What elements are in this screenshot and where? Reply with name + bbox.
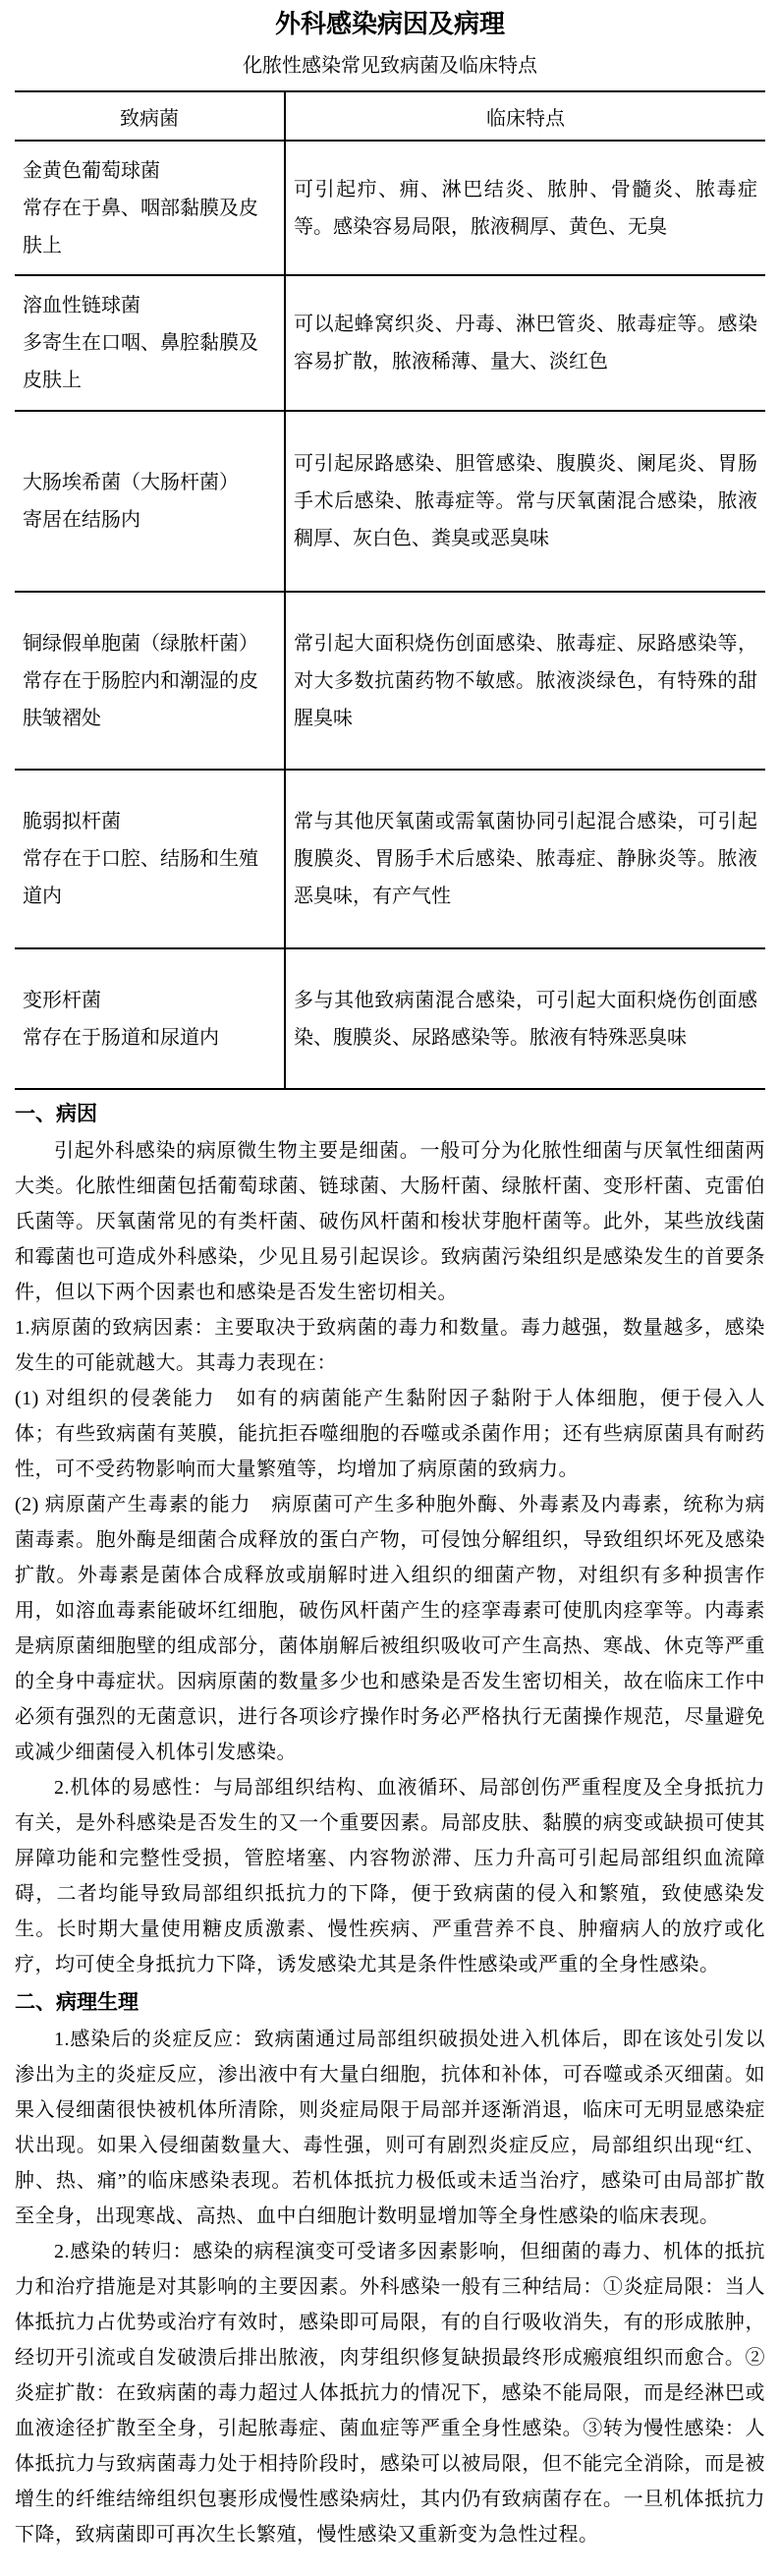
clinical-features-cell: 可引起尿路感染、胆管感染、腹膜炎、阑尾炎、胃肠手术后感染、脓毒症等。常与厌氧菌混… <box>285 411 765 592</box>
pathogen-habitat: 常存在于肠腔内和潮湿的皮肤皱褶处 <box>23 662 276 737</box>
paragraph: 1.感染后的炎症反应：致病菌通过局部组织破损处进入机体后，即在该处引发以渗出为主… <box>15 2022 765 2234</box>
document-page: 外科感染病因及病理 化脓性感染常见致病菌及临床特点 致病菌 临床特点 金黄色葡萄… <box>0 0 779 2576</box>
pathogen-cell: 溶血性链球菌 多寄生在口咽、鼻腔黏膜及皮肤上 <box>15 275 285 411</box>
clinical-features-cell: 可引起疖、痈、淋巴结炎、脓肿、骨髓炎、脓毒症等。感染容易局限，脓液稠厚、黄色、无… <box>285 141 765 275</box>
clinical-features-cell: 可以起蜂窝织炎、丹毒、淋巴管炎、脓毒症等。感染容易扩散，脓液稀薄、量大、淡红色 <box>285 275 765 411</box>
pathogen-cell: 大肠埃希菌（大肠杆菌） 寄居在结肠内 <box>15 411 285 592</box>
table-caption: 化脓性感染常见致病菌及临床特点 <box>15 53 765 79</box>
pathogen-habitat: 多寄生在口咽、鼻腔黏膜及皮肤上 <box>23 324 276 399</box>
paragraph: 2.机体的易感性：与局部组织结构、血液循环、局部创伤严重程度及全身抵抗力有关，是… <box>15 1770 765 1982</box>
pathogen-name: 铜绿假单胞菌（绿脓杆菌） <box>23 625 276 662</box>
column-header-features: 临床特点 <box>285 91 765 141</box>
clinical-features-cell: 常引起大面积烧伤创面感染、脓毒症、尿路感染等，对大多数抗菌药物不敏感。脓液淡绿色… <box>285 592 765 770</box>
pathogen-name: 大肠埃希菌（大肠杆菌） <box>23 464 276 501</box>
table-row: 金黄色葡萄球菌 常存在于鼻、咽部黏膜及皮肤上 可引起疖、痈、淋巴结炎、脓肿、骨髓… <box>15 141 765 275</box>
pathogen-cell: 金黄色葡萄球菌 常存在于鼻、咽部黏膜及皮肤上 <box>15 141 285 275</box>
pathogen-cell: 铜绿假单胞菌（绿脓杆菌） 常存在于肠腔内和潮湿的皮肤皱褶处 <box>15 592 285 770</box>
clinical-features-cell: 多与其他致病菌混合感染，可引起大面积烧伤创面感染、腹膜炎、尿路感染等。脓液有特殊… <box>285 948 765 1089</box>
pathogen-cell: 变形杆菌 常存在于肠道和尿道内 <box>15 948 285 1089</box>
table-row: 溶血性链球菌 多寄生在口咽、鼻腔黏膜及皮肤上 可以起蜂窝织炎、丹毒、淋巴管炎、脓… <box>15 275 765 411</box>
table-row: 铜绿假单胞菌（绿脓杆菌） 常存在于肠腔内和潮湿的皮肤皱褶处 常引起大面积烧伤创面… <box>15 592 765 770</box>
body-text: 一、病因 引起外科感染的病原微生物主要是细菌。一般可分为化脓性细菌与厌氧性细菌两… <box>15 1094 765 2552</box>
paragraph: 引起外科感染的病原微生物主要是细菌。一般可分为化脓性细菌与厌氧性细菌两大类。化脓… <box>15 1133 765 1310</box>
table-row: 大肠埃希菌（大肠杆菌） 寄居在结肠内 可引起尿路感染、胆管感染、腹膜炎、阑尾炎、… <box>15 411 765 592</box>
pathogen-name: 变形杆菌 <box>23 982 276 1019</box>
pathogen-name: 脆弱拟杆菌 <box>23 803 276 840</box>
pathogen-habitat: 常存在于鼻、咽部黏膜及皮肤上 <box>23 190 276 264</box>
pathogen-habitat: 寄居在结肠内 <box>23 501 276 539</box>
page-title: 外科感染病因及病理 <box>15 8 765 41</box>
pathogen-habitat: 常存在于肠道和尿道内 <box>23 1019 276 1057</box>
pathogen-cell: 脆弱拟杆菌 常存在于口腔、结肠和生殖道内 <box>15 770 285 948</box>
section-heading-etiology: 一、病因 <box>15 1094 765 1133</box>
paragraph: (2) 病原菌产生毒素的能力 病原菌可产生多种胞外酶、外毒素及内毒素，统称为病菌… <box>15 1487 765 1770</box>
paragraph: (1) 对组织的侵袭能力 如有的病菌能产生黏附因子黏附于人体细胞，便于侵入人体；… <box>15 1381 765 1487</box>
table-row: 变形杆菌 常存在于肠道和尿道内 多与其他致病菌混合感染，可引起大面积烧伤创面感染… <box>15 948 765 1089</box>
paragraph: 1.病原菌的致病因素：主要取决于致病菌的毒力和数量。毒力越强，数量越多，感染发生… <box>15 1310 765 1381</box>
pathogen-name: 溶血性链球菌 <box>23 287 276 324</box>
table-header-row: 致病菌 临床特点 <box>15 91 765 141</box>
paragraph: 2.感染的转归：感染的病程演变可受诸多因素影响，但细菌的毒力、机体的抵抗力和治疗… <box>15 2234 765 2552</box>
pathogen-habitat: 常存在于口腔、结肠和生殖道内 <box>23 840 276 915</box>
pathogen-name: 金黄色葡萄球菌 <box>23 152 276 190</box>
column-header-pathogen: 致病菌 <box>15 91 285 141</box>
table-row: 脆弱拟杆菌 常存在于口腔、结肠和生殖道内 常与其他厌氧菌或需氧菌协同引起混合感染… <box>15 770 765 948</box>
section-heading-pathophysiology: 二、病理生理 <box>15 1982 765 2022</box>
pathogen-table: 致病菌 临床特点 金黄色葡萄球菌 常存在于鼻、咽部黏膜及皮肤上 可引起疖、痈、淋… <box>15 90 765 1090</box>
clinical-features-cell: 常与其他厌氧菌或需氧菌协同引起混合感染，可引起腹膜炎、胃肠手术后感染、脓毒症、静… <box>285 770 765 948</box>
